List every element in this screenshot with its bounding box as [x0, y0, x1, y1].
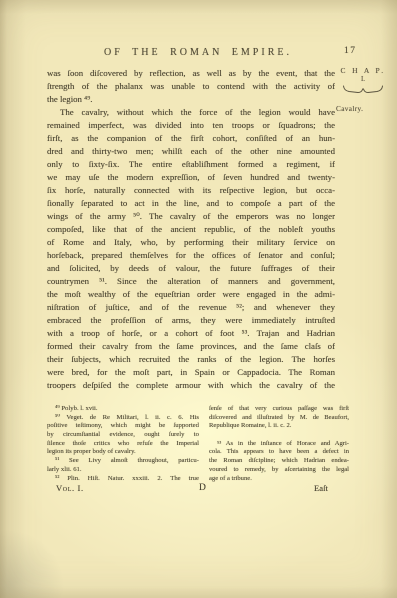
footnote-line: age of a tribune. [209, 475, 349, 484]
text-line: ſix horſe, naturally connected with its … [47, 184, 335, 197]
footnote-line: Republique Romaine, l. ii. c. 2. [209, 422, 349, 431]
chapter-label: C H A P. [334, 66, 392, 75]
chapter-number: I. [334, 75, 392, 83]
text-line: their ſubjects, which recruited the rank… [47, 353, 335, 366]
footnote-line: legion its proper body of cavalry. [47, 448, 199, 457]
volume-label: Vol. I. [56, 483, 84, 493]
page-number: 17 [344, 46, 357, 56]
text-line: the moſt wealthy of the equeſtrian order… [47, 288, 335, 301]
text-line: horſeback, prepared themſelves for the o… [47, 249, 335, 262]
footnote-line: by circumſtantial evidence, ought ſurely… [47, 431, 199, 440]
footnote-line: ⁵³ As in the inſtance of Horace and Agri… [209, 440, 349, 449]
footnote-line: ⁵² Plin. Hiſt. Natur. xxxiii. 2. The tru… [47, 475, 199, 484]
text-line: only to ſixty-ſix. The entire eſtabliſhm… [47, 158, 335, 171]
signature-mark: D [199, 483, 206, 493]
text-line: firſt, as the companion of the firſt coh… [47, 132, 335, 145]
text-line: embraced the profeſſion of arms, they we… [47, 314, 335, 327]
book-page: OF THE ROMAN EMPIRE. 17 was ſoon diſcove… [0, 0, 397, 598]
text-line: of Rome and Italy, who, by performing th… [47, 236, 335, 249]
footnote-line: diſcovered and illuſtrated by M. de Beau… [209, 414, 349, 423]
text-line: niſtration of juſtice, and of the revenu… [47, 301, 335, 314]
footnote-line: ⁴⁹ Polyb. l. xvii. [47, 405, 199, 414]
footnote-left-column: ⁴⁹ Polyb. l. xvii.⁵⁰ Veget. de Re Milita… [47, 405, 199, 483]
footnote-line: ⁵⁰ Veget. de Re Militari, l. ii. c. 6. H… [47, 414, 199, 423]
text-line: countrymen ⁵¹. Since the alteration of m… [47, 275, 335, 288]
footnote-line: the Roman diſcipline; which Hadrian ende… [209, 457, 349, 466]
running-head: OF THE ROMAN EMPIRE. [53, 47, 343, 58]
chapter-heading: C H A P. I. [334, 66, 392, 94]
text-line: and ſolicited, by deeds of valour, the f… [47, 262, 335, 275]
text-line: wings of the army ⁵⁰. The cavalry of the… [47, 210, 335, 223]
text-line: were bred, for the moſt part, in Spain o… [47, 366, 335, 379]
footnote-right-column: ſenſe of that very curious paſſage was f… [209, 405, 349, 483]
footnote-line: cola. This appears to have been a defect… [209, 448, 349, 457]
footnote-line: voured to remedy, by aſcertaining the le… [209, 466, 349, 475]
footnote-line: larly xlii. 61. [47, 466, 199, 475]
text-line: remained imperfect, was divided into ten… [47, 119, 335, 132]
text-line: formed their cavalry from the ſame provi… [47, 340, 335, 353]
text-line: compoſed, like that of the ancient repub… [47, 223, 335, 236]
text-line: with a troop of horſe, or a cohort of fo… [47, 327, 335, 340]
paragraph-2: The cavalry, without which the force of … [47, 106, 335, 392]
footnote-line: ſenſe of that very curious paſſage was f… [209, 405, 349, 414]
text-line: ſtrength of the phalanx was unable to co… [47, 80, 335, 93]
text-line: was ſoon diſcovered by reflection, as we… [47, 67, 335, 80]
text-line: ſionally ſeparated to act in the line, a… [47, 197, 335, 210]
text-line: the legion ⁴⁹. [47, 93, 335, 106]
text-line: The cavalry, without which the force of … [47, 106, 335, 119]
text-line: dred and thirty-two men; whilſt each of … [47, 145, 335, 158]
footnote-line: poſitive teſtimony, which might be ſuppo… [47, 422, 199, 431]
text-line: we may uſe the modern expreſſion, of ſev… [47, 171, 335, 184]
chapter-flourish-icon [342, 84, 384, 94]
footnote-line [209, 431, 349, 440]
body-text: was ſoon diſcovered by reflection, as we… [47, 67, 335, 392]
footnote-line: ſilence thoſe critics who refuſe the Imp… [47, 440, 199, 449]
catchword: Eaſt [314, 483, 328, 493]
text-line: troopers deſpiſed the complete armour wi… [47, 379, 335, 392]
footnote-line: ⁵¹ See Livy almoſt throughout, particu- [47, 457, 199, 466]
margin-note-cavalry: Cavalry. [336, 105, 363, 113]
paragraph-1: was ſoon diſcovered by reflection, as we… [47, 67, 335, 106]
